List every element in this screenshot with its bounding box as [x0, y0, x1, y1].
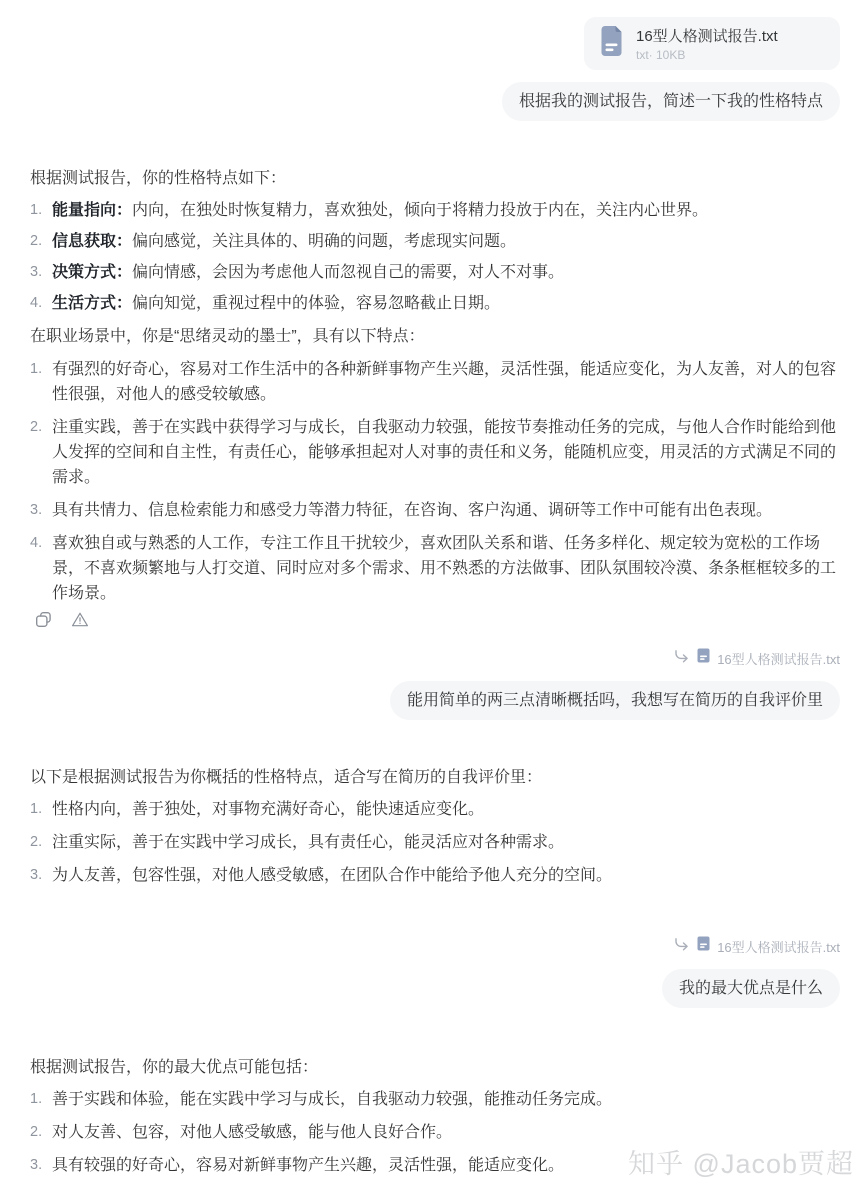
list-number: 2.: [30, 1120, 45, 1145]
list-item: 1. 有强烈的好奇心，容易对工作生活中的各种新鲜事物产生兴趣，灵活性强，能适应变…: [30, 357, 840, 407]
list-text: 能量指向：内向，在独处时恢复精力，喜欢独处，倾向于将精力投放于内在，关注内心世界…: [52, 198, 840, 223]
list-item: 3. 为人友善，包容性强，对他人感受敏感，在团队合作中能给予他人充分的空间。: [30, 863, 840, 888]
response-intro: 根据测试报告，你的最大优点可能包括：: [30, 1055, 840, 1080]
user-message-1: 根据我的测试报告，简述一下我的性格特点: [502, 82, 840, 121]
referenced-file-name[interactable]: 16型人格测试报告.txt: [717, 937, 840, 956]
list-number: 2.: [30, 830, 45, 855]
trait-text: 偏向情感，会因为考虑他人而忽视自己的需要，对人不对事。: [132, 264, 564, 281]
document-icon: [697, 648, 710, 668]
list-number: 2.: [30, 415, 45, 490]
document-icon: [697, 936, 710, 956]
user-message-3: 我的最大优点是什么: [662, 969, 840, 1008]
list-number: 1.: [30, 797, 45, 822]
warning-icon[interactable]: [71, 611, 89, 628]
list-number: 4.: [30, 531, 45, 606]
reply-arrow-icon: [673, 936, 690, 957]
list-item: 2. 注重实践，善于在实践中获得学习与成长，自我驱动力较强，能按节奏推动任务的完…: [30, 415, 840, 490]
file-info: 16型人格测试报告.txt txt· 10KB: [636, 25, 778, 62]
points-list: 1. 有强烈的好奇心，容易对工作生活中的各种新鲜事物产生兴趣，灵活性强，能适应变…: [30, 357, 840, 606]
trait-text: 偏向感觉，关注具体的、明确的问题，考虑现实问题。: [132, 233, 516, 250]
referenced-file-name[interactable]: 16型人格测试报告.txt: [717, 649, 840, 668]
list-number: 3.: [30, 863, 45, 888]
list-text: 注重实际，善于在实践中学习成长，具有责任心，能灵活应对各种需求。: [52, 830, 840, 855]
list-number: 1.: [30, 198, 45, 223]
trait-text: 偏向知觉，重视过程中的体验，容易忽略截止日期。: [132, 295, 500, 312]
trait-text: 内向，在独处时恢复精力，喜欢独处，倾向于将精力投放于内在，关注内心世界。: [132, 202, 708, 219]
list-text: 为人友善，包容性强，对他人感受敏感，在团队合作中能给予他人充分的空间。: [52, 863, 840, 888]
list-item: 1. 性格内向，善于独处，对事物充满好奇心，能快速适应变化。: [30, 797, 840, 822]
list-item: 2. 信息获取：偏向感觉，关注具体的、明确的问题，考虑现实问题。: [30, 229, 840, 254]
assistant-response-1: 根据测试报告，你的性格特点如下： 1. 能量指向：内向，在独处时恢复精力，喜欢独…: [30, 166, 840, 614]
assistant-response-2: 以下是根据测试报告为你概括的性格特点，适合写在简历的自我评价里： 1. 性格内向…: [30, 765, 840, 896]
reply-arrow-icon: [673, 648, 690, 669]
list-number: 4.: [30, 291, 45, 316]
points-list: 1. 性格内向，善于独处，对事物充满好奇心，能快速适应变化。 2. 注重实际，善…: [30, 797, 840, 888]
list-text: 善于实践和体验，能在实践中学习与成长，自我驱动力较强，能推动任务完成。: [52, 1087, 840, 1112]
list-text: 决策方式：偏向情感，会因为考虑他人而忽视自己的需要，对人不对事。: [52, 260, 840, 285]
list-text: 具有共情力、信息检索能力和感受力等潜力特征，在咨询、客户沟通、调研等工作中可能有…: [52, 498, 840, 523]
list-text: 性格内向，善于独处，对事物充满好奇心，能快速适应变化。: [52, 797, 840, 822]
list-number: 1.: [30, 357, 45, 407]
response-intro: 根据测试报告，你的性格特点如下：: [30, 166, 840, 191]
list-item: 3. 决策方式：偏向情感，会因为考虑他人而忽视自己的需要，对人不对事。: [30, 260, 840, 285]
chat-page: 16型人格测试报告.txt txt· 10KB 根据我的测试报告，简述一下我的性…: [0, 0, 862, 1195]
reply-reference-1: 16型人格测试报告.txt: [673, 649, 840, 667]
list-number: 3.: [30, 260, 45, 285]
list-text: 生活方式：偏向知觉，重视过程中的体验，容易忽略截止日期。: [52, 291, 840, 316]
trait-label: 能量指向：: [52, 202, 132, 219]
list-number: 3.: [30, 498, 45, 523]
list-text: 注重实践，善于在实践中获得学习与成长，自我驱动力较强，能按节奏推动任务的完成，与…: [52, 415, 840, 490]
list-item: 1. 善于实践和体验，能在实践中学习与成长，自我驱动力较强，能推动任务完成。: [30, 1087, 840, 1112]
list-text: 信息获取：偏向感觉，关注具体的、明确的问题，考虑现实问题。: [52, 229, 840, 254]
file-title: 16型人格测试报告.txt: [636, 25, 778, 46]
list-item: 1. 能量指向：内向，在独处时恢复精力，喜欢独处，倾向于将精力投放于内在，关注内…: [30, 198, 840, 223]
zhihu-watermark: 知乎 @Jacob贾超: [628, 1142, 854, 1181]
response-subheading: 在职业场景中，你是“思绪灵动的墨士”，具有以下特点：: [30, 324, 840, 349]
list-text: 有强烈的好奇心，容易对工作生活中的各种新鲜事物产生兴趣，灵活性强，能适应变化，为…: [52, 357, 840, 407]
list-item: 3. 具有共情力、信息检索能力和感受力等潜力特征，在咨询、客户沟通、调研等工作中…: [30, 498, 840, 523]
trait-label: 决策方式：: [52, 264, 132, 281]
file-meta: txt· 10KB: [636, 48, 778, 62]
response-intro: 以下是根据测试报告为你概括的性格特点，适合写在简历的自我评价里：: [30, 765, 840, 790]
copy-icon[interactable]: [35, 611, 52, 628]
trait-label: 信息获取：: [52, 233, 132, 250]
list-text: 喜欢独自或与熟悉的人工作，专注工作且干扰较少，喜欢团队关系和谐、任务多样化、规定…: [52, 531, 840, 606]
user-message-2: 能用简单的两三点清晰概括吗，我想写在简历的自我评价里: [390, 681, 840, 720]
list-number: 3.: [30, 1153, 45, 1178]
trait-label: 生活方式：: [52, 295, 132, 312]
document-icon: [598, 25, 625, 62]
list-item: 2. 注重实际，善于在实践中学习成长，具有责任心，能灵活应对各种需求。: [30, 830, 840, 855]
reply-reference-2: 16型人格测试报告.txt: [673, 937, 840, 955]
list-item: 4. 生活方式：偏向知觉，重视过程中的体验，容易忽略截止日期。: [30, 291, 840, 316]
attached-file-card[interactable]: 16型人格测试报告.txt txt· 10KB: [584, 17, 840, 70]
list-number: 2.: [30, 229, 45, 254]
list-item: 4. 喜欢独自或与熟悉的人工作，专注工作且干扰较少，喜欢团队关系和谐、任务多样化…: [30, 531, 840, 606]
list-number: 1.: [30, 1087, 45, 1112]
message-actions: [35, 611, 89, 628]
